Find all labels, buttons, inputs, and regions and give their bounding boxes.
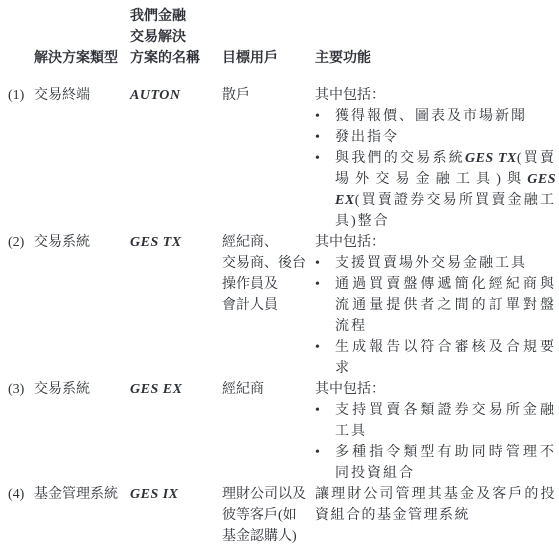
solution-type: 交易終端 xyxy=(34,85,130,232)
solution-name-text: GES EX xyxy=(130,382,182,397)
bullet-segment: 與我們的交易系統 xyxy=(335,151,465,166)
main-functions: 讓理財公司管理其基金及客戶的投資組合的基金管理系統 xyxy=(315,484,556,547)
bullet-segment: 多種指令類型有助同時管理不同投資組合 xyxy=(335,445,556,481)
solution-name: GES TX xyxy=(130,232,222,379)
bullet-segment: 發出指令 xyxy=(335,130,399,145)
functions-intro: 其中包括： xyxy=(315,232,556,253)
bullet-icon: • xyxy=(315,253,335,274)
bullet-icon: • xyxy=(315,127,335,148)
bullet-text: 獲得報價、圖表及市場新聞 xyxy=(335,106,556,127)
table-row: (4)基金管理系統GES IX理財公司以及彼等客戶(如基金認購人)讓理財公司管理… xyxy=(0,484,559,547)
bullet-text: 多種指令類型有助同時管理不同投資組合 xyxy=(335,442,556,484)
bullet-icon: • xyxy=(315,400,335,442)
table-body: (1)交易終端AUTON散戶其中包括：•獲得報價、圖表及市場新聞•發出指令•與我… xyxy=(0,85,559,547)
target-users-line: 彼等客戶(如 xyxy=(222,505,315,526)
functions-description: 讓理財公司管理其基金及客戶的投資組合的基金管理系統 xyxy=(315,484,556,526)
main-functions: 其中包括：•獲得報價、圖表及市場新聞•發出指令•與我們的交易系統GES TX(買… xyxy=(315,85,556,232)
functions-intro: 其中包括： xyxy=(315,379,556,400)
bullet-item: •多種指令類型有助同時管理不同投資組合 xyxy=(315,442,556,484)
solution-name-text: GES IX xyxy=(130,487,179,502)
bullet-segment: 支持買賣各類證券交易所金融工具 xyxy=(335,403,556,439)
solution-name-text: AUTON xyxy=(130,88,180,103)
target-users-line: 基金認購人) xyxy=(222,526,315,547)
bullet-item: •支援買賣場外交易金融工具 xyxy=(315,253,556,274)
target-users-line: 理財公司以及 xyxy=(222,484,315,505)
bullet-item: •獲得報價、圖表及市場新聞 xyxy=(315,106,556,127)
table-row: (2)交易系統GES TX經紀商、交易商、後台操作員及會計人員其中包括：•支援買… xyxy=(0,232,559,379)
row-number: (3) xyxy=(8,379,34,484)
solution-name: GES IX xyxy=(130,484,222,547)
bullet-text: 生成報告以符合審核及合規要求 xyxy=(335,337,556,379)
bullet-text: 發出指令 xyxy=(335,127,556,148)
bullet-icon: • xyxy=(315,274,335,337)
header-solution-type: 解決方案類型 xyxy=(34,48,130,69)
row-number: (2) xyxy=(8,232,34,379)
header-solution-name-line: 方案的名稱 xyxy=(130,48,222,69)
bullet-icon: • xyxy=(315,148,335,232)
target-users-line: 經紀商 xyxy=(222,379,315,400)
solution-type: 交易系統 xyxy=(34,232,130,379)
solution-type: 交易系統 xyxy=(34,379,130,484)
header-solution-name: 我們金融 交易解決 方案的名稱 xyxy=(130,6,222,69)
bullet-text: 與我們的交易系統GES TX(買賣場外交易金融工具)與GES EX(買賣證券交易… xyxy=(335,148,556,232)
target-users: 經紀商、交易商、後台操作員及會計人員 xyxy=(222,232,315,379)
row-number: (1) xyxy=(8,85,34,232)
bullet-text: 支援買賣場外交易金融工具 xyxy=(335,253,556,274)
bullet-item: •通過買賣盤傳遞簡化經紀商與流通量提供者之間的訂單對盤流程 xyxy=(315,274,556,337)
bullet-item: •與我們的交易系統GES TX(買賣場外交易金融工具)與GES EX(買賣證券交… xyxy=(315,148,556,232)
target-users-line: 操作員及 xyxy=(222,274,315,295)
table-header: 解決方案類型 我們金融 交易解決 方案的名稱 目標用戶 主要功能 xyxy=(0,6,559,69)
main-functions: 其中包括：•支持買賣各類證券交易所金融工具•多種指令類型有助同時管理不同投資組合 xyxy=(315,379,556,484)
product-name-text: GES TX xyxy=(465,151,517,166)
bullet-icon: • xyxy=(315,337,335,379)
header-solution-name-line: 交易解決 xyxy=(130,27,222,48)
header-target-users: 目標用戶 xyxy=(222,48,315,69)
bullet-segment: 通過買賣盤傳遞簡化經紀商與流通量提供者之間的訂單對盤流程 xyxy=(335,277,556,334)
table-row: (1)交易終端AUTON散戶其中包括：•獲得報價、圖表及市場新聞•發出指令•與我… xyxy=(0,85,559,232)
bullet-segment: (買賣證券交易所買賣金融工具)整合 xyxy=(335,193,556,229)
target-users: 理財公司以及彼等客戶(如基金認購人) xyxy=(222,484,315,547)
header-solution-name-line: 我們金融 xyxy=(130,6,222,27)
bullet-item: •發出指令 xyxy=(315,127,556,148)
functions-intro: 其中包括： xyxy=(315,85,556,106)
header-main-functions: 主要功能 xyxy=(315,48,556,69)
target-users: 經紀商 xyxy=(222,379,315,484)
solution-name-text: GES TX xyxy=(130,235,182,250)
target-users-line: 散戶 xyxy=(222,85,315,106)
bullet-segment: 生成報告以符合審核及合規要求 xyxy=(335,340,556,376)
main-functions: 其中包括：•支援買賣場外交易金融工具•通過買賣盤傳遞簡化經紀商與流通量提供者之間… xyxy=(315,232,556,379)
bullet-text: 支持買賣各類證券交易所金融工具 xyxy=(335,400,556,442)
document-page: 解決方案類型 我們金融 交易解決 方案的名稱 目標用戶 主要功能 (1)交易終端… xyxy=(0,0,559,547)
solution-name: GES EX xyxy=(130,379,222,484)
bullet-item: •支持買賣各類證券交易所金融工具 xyxy=(315,400,556,442)
solution-name: AUTON xyxy=(130,85,222,232)
solution-type: 基金管理系統 xyxy=(34,484,130,547)
target-users-line: 經紀商、 xyxy=(222,232,315,253)
row-number: (4) xyxy=(8,484,34,547)
bullet-segment: 獲得報價、圖表及市場新聞 xyxy=(335,109,527,124)
target-users-line: 交易商、後台 xyxy=(222,253,315,274)
target-users: 散戶 xyxy=(222,85,315,232)
bullet-text: 通過買賣盤傳遞簡化經紀商與流通量提供者之間的訂單對盤流程 xyxy=(335,274,556,337)
table-row: (3)交易系統GES EX經紀商其中包括：•支持買賣各類證券交易所金融工具•多種… xyxy=(0,379,559,484)
target-users-line: 會計人員 xyxy=(222,295,315,316)
bullet-icon: • xyxy=(315,106,335,127)
bullet-icon: • xyxy=(315,442,335,484)
bullet-item: •生成報告以符合審核及合規要求 xyxy=(315,337,556,379)
bullet-segment: 支援買賣場外交易金融工具 xyxy=(335,256,527,271)
